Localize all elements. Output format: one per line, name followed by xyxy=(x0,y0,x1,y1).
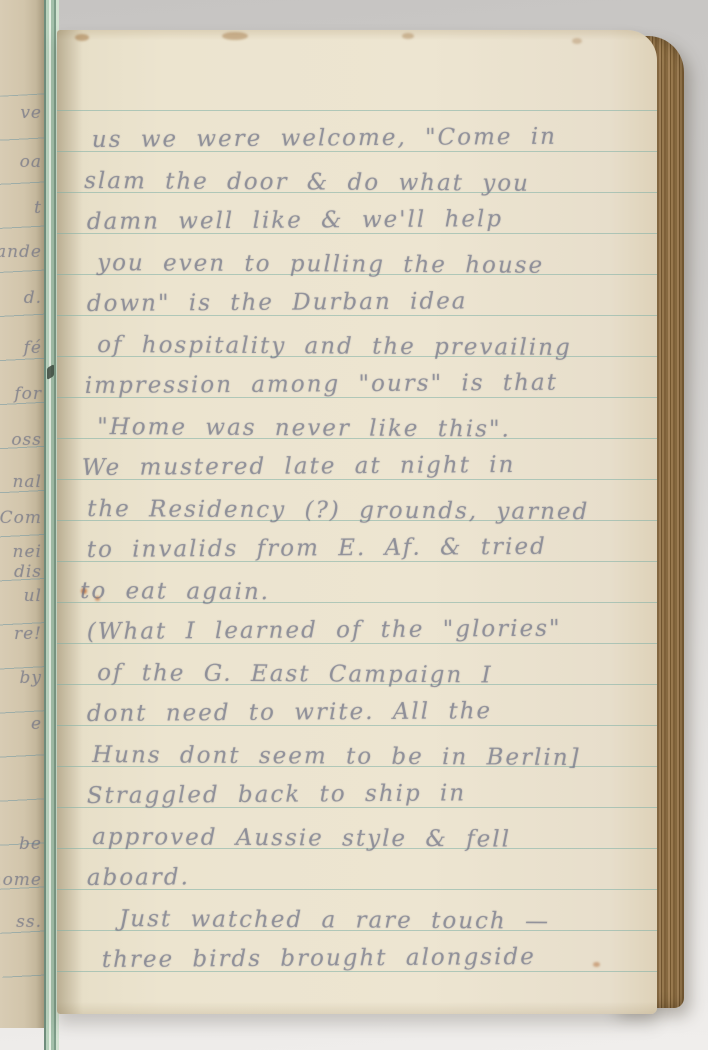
handwriting-line: us we were welcome, "Come in xyxy=(92,117,557,161)
handwriting-fragment: ve xyxy=(20,103,42,123)
photo-backdrop: ve oa t ande d. fé for oss nal Com nei d… xyxy=(0,0,708,1050)
foxing-stain xyxy=(572,38,582,44)
handwriting-line: approved Aussie style & fell xyxy=(92,817,511,861)
handwriting-fragment: fé xyxy=(24,338,42,358)
handwriting-line: (What I learned of the "glories" xyxy=(87,609,562,653)
handwriting-fragment: Com xyxy=(0,508,42,528)
handwriting-fragment: re! xyxy=(14,624,42,644)
foxing-stain xyxy=(402,33,414,39)
handwriting-line: down" is the Durban idea xyxy=(87,281,468,325)
handwriting-fragment: for xyxy=(14,384,42,404)
handwriting-line: slam the door & do what you xyxy=(84,161,530,205)
handwriting-fragment: ss. xyxy=(16,912,42,932)
handwriting-line: you even to pulling the house xyxy=(97,243,544,287)
handwriting-fragment: nal xyxy=(12,472,42,492)
handwriting-line: dont need to write. All the xyxy=(87,691,493,735)
handwriting-line: to eat again. xyxy=(80,571,270,613)
handwriting-line: Straggled back to ship in xyxy=(87,773,467,817)
handwriting-line: Huns dont seem to be in Berlin] xyxy=(92,735,581,779)
handwriting-line: damn well like & we'll help xyxy=(87,199,503,243)
handwriting-fragment: oss xyxy=(11,430,42,450)
handwriting-line: aboard. xyxy=(87,857,190,899)
handwriting-line: "Home was never like this". xyxy=(97,407,511,451)
handwriting-line: of the G. East Campaign I xyxy=(97,653,493,696)
handwriting-fragment: home xyxy=(0,870,42,890)
handwriting-fragment: dis xyxy=(14,562,42,582)
notebook-page: us we were welcome, "Come in slam the do… xyxy=(57,30,657,1014)
handwriting-fragment: ul xyxy=(24,586,42,606)
facing-page-sliver: ve oa t ande d. fé for oss nal Com nei d… xyxy=(0,0,44,1028)
foxing-stain xyxy=(222,32,248,40)
handwriting-fragment: be xyxy=(19,834,42,854)
handwriting-fragment: t xyxy=(34,198,42,218)
foxing-stain xyxy=(593,962,600,967)
handwriting-line: Just watched a rare touch — xyxy=(119,899,550,943)
handwriting-fragment: e xyxy=(31,714,42,734)
handwriting-fragment: nei xyxy=(13,542,42,562)
handwriting-line: three birds brought alongside xyxy=(102,937,536,981)
foxing-stain xyxy=(75,34,89,41)
handwriting-fragment: d. xyxy=(24,288,42,308)
handwriting-fragment: by xyxy=(20,668,43,688)
handwriting-line: impression among "ours" is that xyxy=(85,363,558,407)
handwriting-line: to invalids from E. Af. & tried xyxy=(87,527,547,571)
handwriting-fragment: oa xyxy=(20,152,42,172)
handwriting-fragment: ande xyxy=(0,242,42,262)
handwriting-line: We mustered late at night in xyxy=(82,445,516,489)
